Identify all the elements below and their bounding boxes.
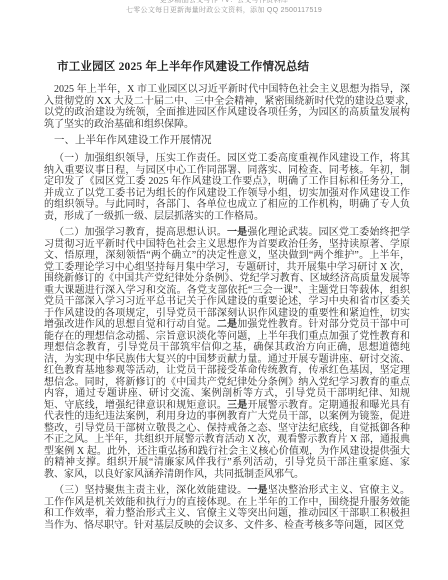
paragraph-efficiency-building: （三）坚持聚焦主责主业，深化效能建设。一是坚决整治形式主义、官僚主义。工作作风是… [44,485,410,531]
watermark-header: 更多精品公文写作 +V：公文写作资料库 七零公文每日更新海量时政公文资料，添加 … [0,0,448,16]
section-1-heading: 一、上半年作风建设工作开展情况 [44,135,410,147]
document-content: 市工业园区 2025 年上半年作风建设工作情况总结 2025 年上半年，X 市工… [44,60,410,536]
document-title: 市工业园区 2025 年上半年作风建设工作情况总结 [57,60,410,75]
watermark-line-2: 七零公文每日更新海量时政公文资料，添加 QQ 2500117519 [0,6,448,16]
paragraph-study-education: （二）加强学习教育，提高思想认识。一是强化理论武装。园区党工委始终把学习贯彻习近… [44,227,410,480]
document-page: 更多精品公文写作 +V：公文写作资料库 七零公文每日更新海量时政公文资料，添加 … [0,0,448,580]
intro-paragraph: 2025 年上半年，X 市工业园区以习近平新时代中国特色社会主义思想为指导，深入… [44,84,410,130]
paragraph-organization-leadership: （一）加强组织领导，压实工作责任。园区党工委高度重视作风建设工作，将其纳入重要议… [44,153,410,222]
